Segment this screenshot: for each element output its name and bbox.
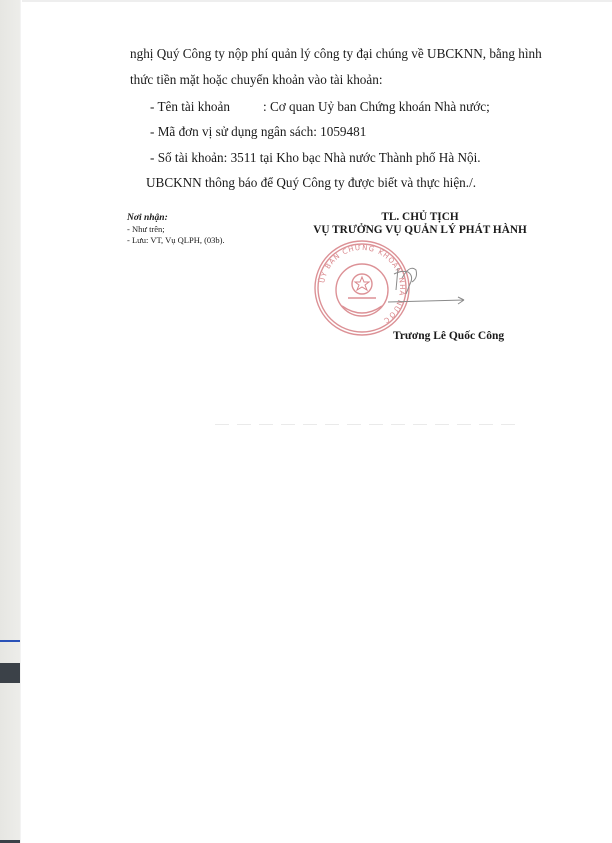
signature-title-line-2: VỤ TRƯỞNG VỤ QUẢN LÝ PHÁT HÀNH — [290, 224, 550, 237]
scan-dark-mark — [0, 663, 20, 683]
closing-line: UBCKNN thông báo để Quý Công ty được biế… — [146, 175, 476, 191]
recipients-heading: Nơi nhận: — [127, 213, 225, 224]
page-top-edge — [22, 0, 612, 2]
handwritten-signature — [388, 260, 468, 310]
body-line-1: nghị Quý Công ty nộp phí quản lý công ty… — [130, 46, 530, 62]
bullet-budget-code: - Mã đơn vị sử dụng ngân sách: 1059481 — [150, 124, 366, 140]
bullet-value: : Cơ quan Uỷ ban Chứng khoán Nhà nước; — [263, 99, 490, 114]
signature-title-line-1: TL. CHỦ TỊCH — [290, 211, 550, 224]
body-line-2: thức tiền mặt hoặc chuyển khoản vào tài … — [130, 72, 383, 88]
signer-name: Trương Lê Quốc Công — [393, 330, 504, 342]
recipient-item: - Như trên; — [127, 224, 225, 235]
bullet-label: - Tên tài khoản — [150, 99, 263, 115]
bullet-account-name: - Tên tài khoản: Cơ quan Uỷ ban Chứng kh… — [150, 99, 490, 115]
scan-blue-mark — [0, 640, 20, 642]
bullet-account-number: - Số tài khoản: 3511 tại Kho bạc Nhà nướ… — [150, 150, 481, 166]
signature-title-block: TL. CHỦ TỊCH VỤ TRƯỞNG VỤ QUẢN LÝ PHÁT H… — [290, 211, 550, 237]
scan-left-margin-strip — [0, 0, 21, 843]
recipients-block: Nơi nhận: - Như trên; - Lưu: VT, Vụ QLPH… — [127, 213, 225, 246]
recipient-item: - Lưu: VT, Vụ QLPH, (03b). — [127, 235, 225, 246]
scan-artifact-line — [215, 424, 515, 425]
